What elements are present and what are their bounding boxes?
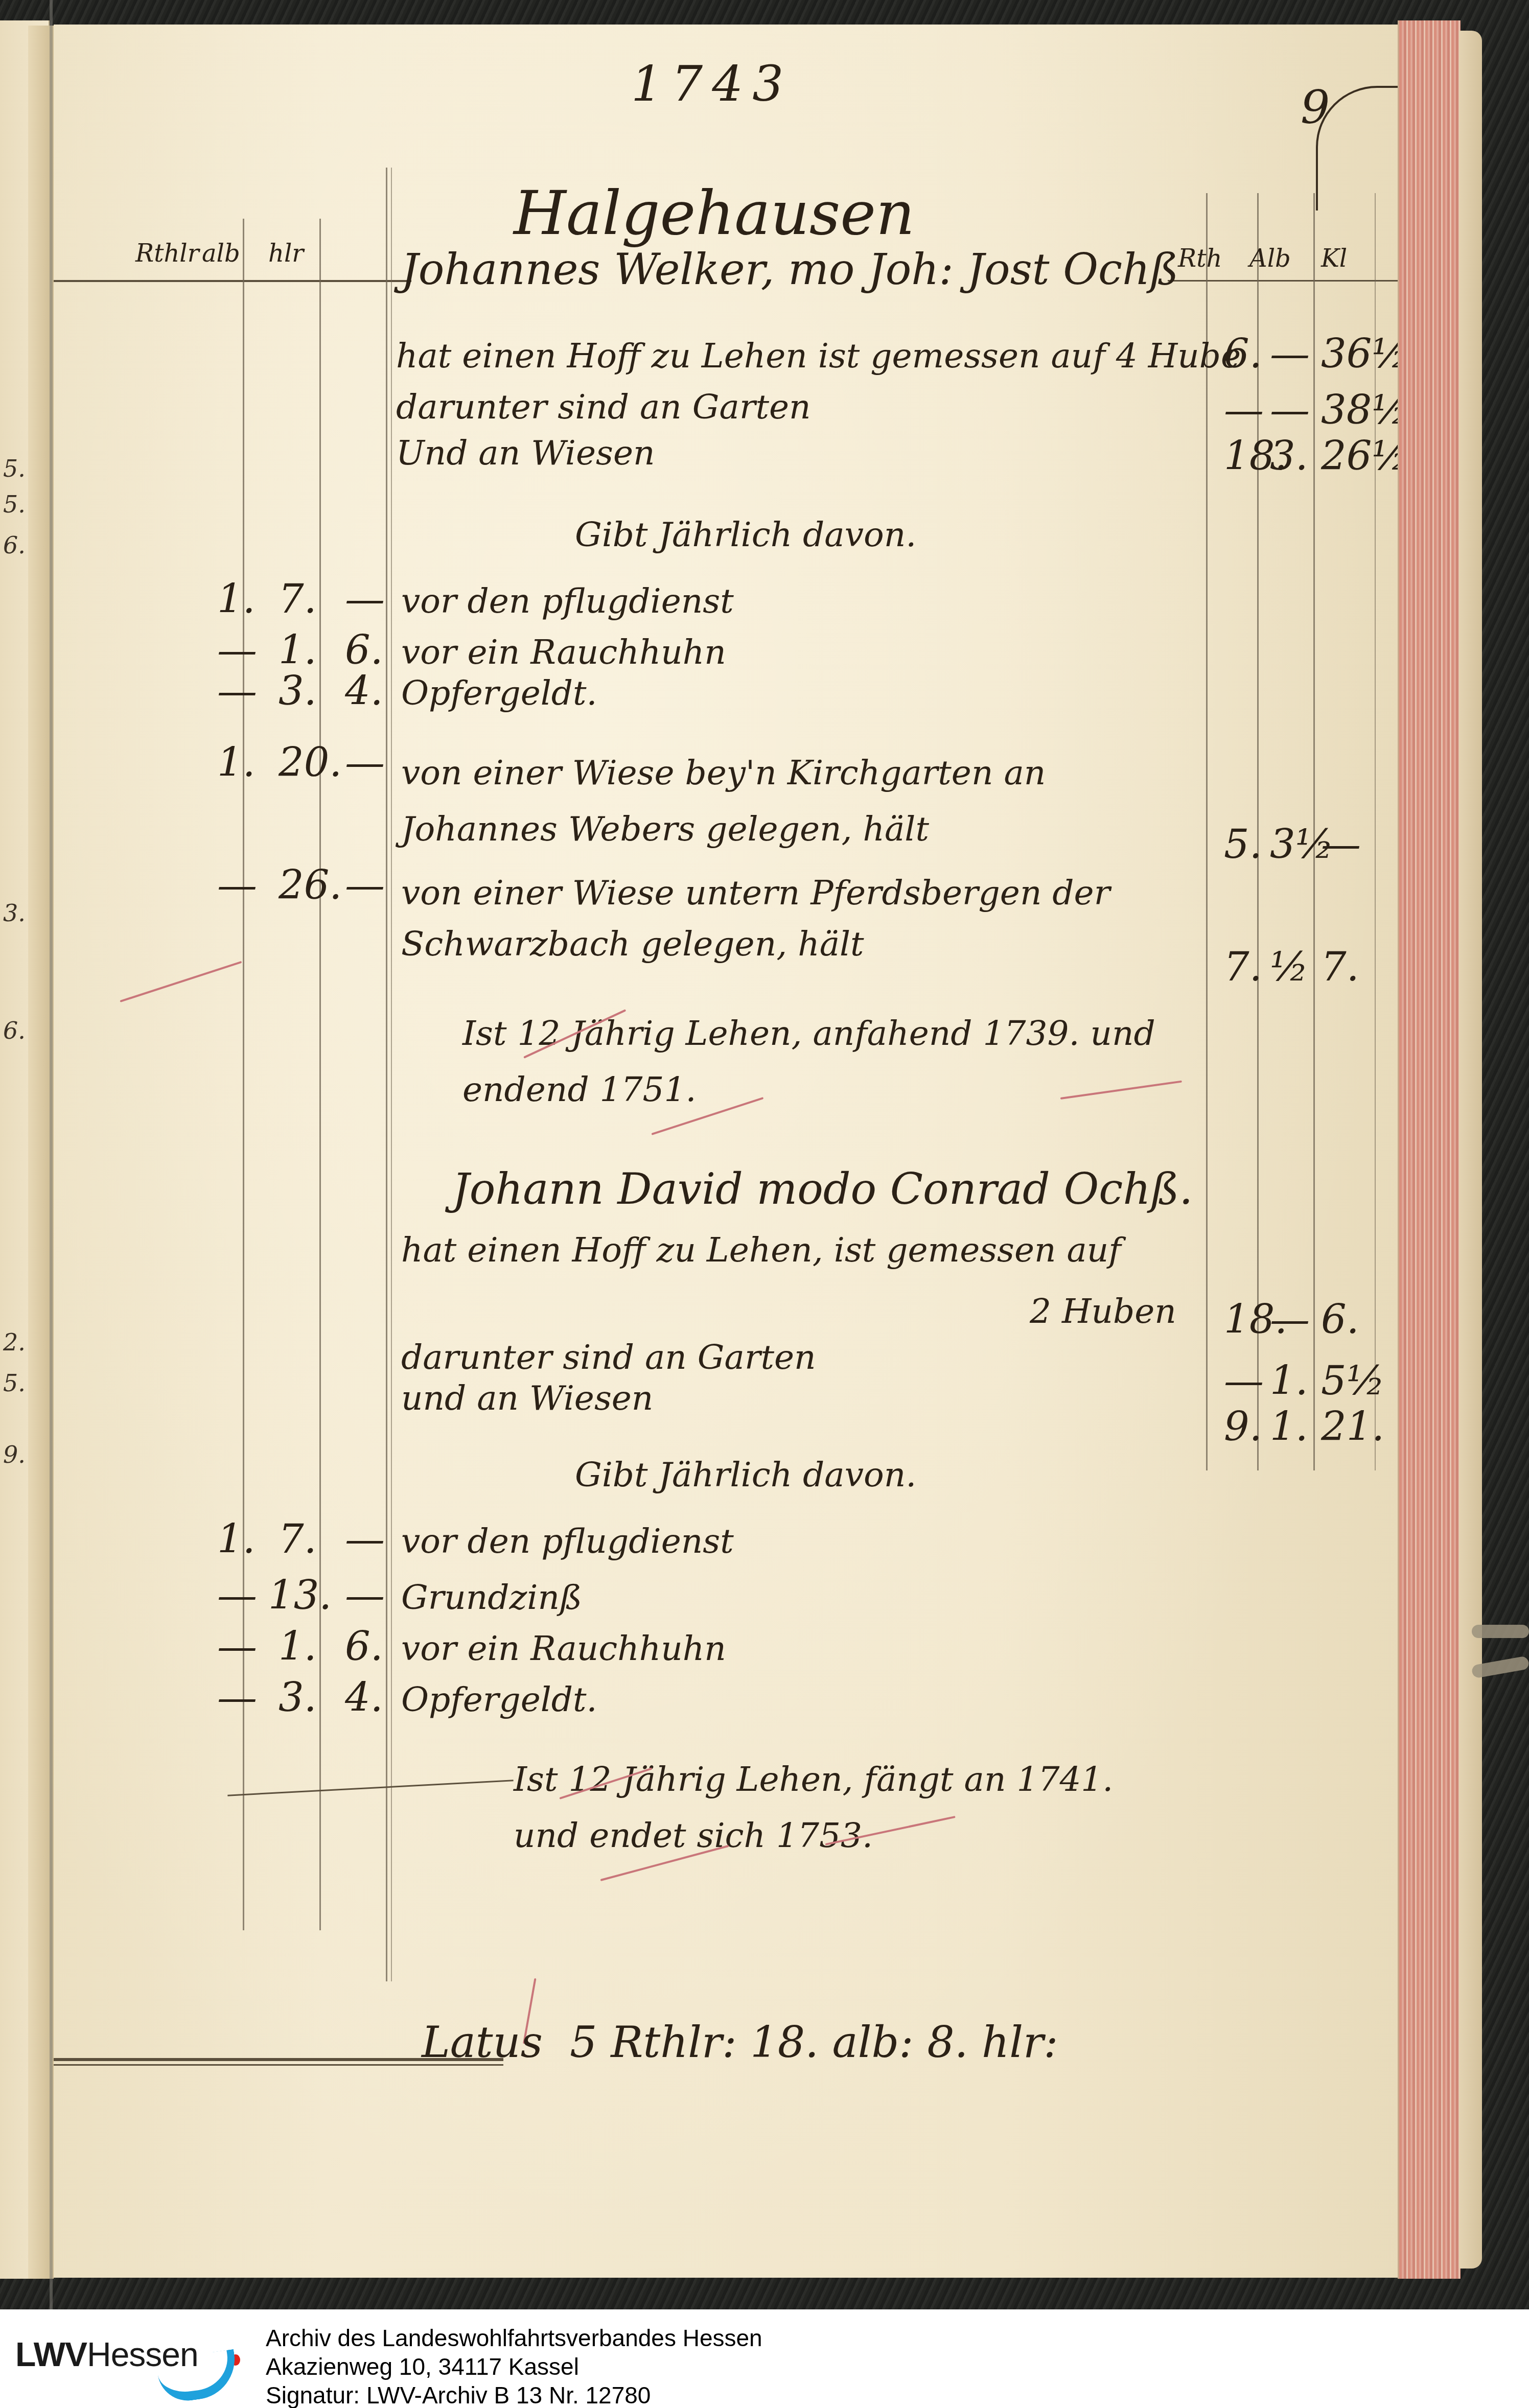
amount: 7.: [1224, 944, 1262, 990]
page-block-edge: [1459, 31, 1482, 2269]
book-tie-string: [1472, 1625, 1529, 1638]
payment-amount: 1.: [217, 576, 255, 622]
payment-amount: 6.: [345, 627, 383, 673]
archive-address: Akazienweg 10, 34117 Kassel: [266, 2352, 762, 2381]
payment-text: vor ein Rauchhuhn: [401, 1629, 726, 1668]
payment-amount: 4.: [345, 668, 383, 714]
amount: —: [1270, 331, 1310, 377]
payment-amount: 1.: [279, 1624, 316, 1670]
column-header: alb: [202, 239, 240, 268]
amount: —: [1224, 387, 1264, 433]
lease-note: Ist 12 Jährig Lehen, anfahend 1739. und …: [462, 1006, 1178, 1118]
edge-mark: 2.: [3, 1328, 26, 1356]
column-header: Rthlr: [135, 239, 199, 268]
amount: 3.: [1270, 433, 1308, 479]
gibt-heading: Gibt Jährlich davon.: [575, 1455, 916, 1494]
payment-amount: —: [345, 576, 385, 622]
payment-amount: —: [345, 1516, 385, 1562]
column-header: hlr: [268, 239, 304, 268]
column-header: Alb: [1249, 244, 1291, 273]
payment-amount: 20.: [279, 740, 342, 786]
archive-signature: Signatur: LWV-Archiv B 13 Nr. 12780: [266, 2381, 762, 2408]
entry-line: darunter sind an Garten: [401, 1338, 816, 1377]
payment-text: Opfergeldt.: [401, 1680, 597, 1719]
payment-text: Opfergeldt.: [401, 673, 597, 713]
amount: —: [1224, 1358, 1264, 1404]
amount: 5.: [1224, 822, 1262, 868]
payment-amount: —: [345, 740, 385, 786]
column-line: [1375, 193, 1376, 1470]
amount: 21.: [1321, 1404, 1384, 1450]
edge-mark: 3.: [3, 899, 26, 927]
payment-amount: 7.: [279, 576, 316, 622]
glass-plate-edge: [50, 0, 53, 2309]
payment-amount: 13.: [268, 1573, 332, 1619]
column-header: Kl: [1321, 244, 1347, 273]
column-header: Rth: [1178, 244, 1222, 273]
payment-text: Grundzinß: [401, 1578, 582, 1617]
latus-total: 5 Rthlr: 18. alb: 8. hlr:: [570, 2017, 1058, 2067]
place-heading: Halgehausen: [514, 178, 915, 248]
column-line: [319, 219, 321, 1930]
payment-text: von einer Wiese bey'n Kirchgarten an Joh…: [401, 745, 1168, 857]
amount: 1.: [1270, 1358, 1308, 1404]
payment-amount: 7.: [279, 1516, 316, 1562]
edge-mark: 5.: [3, 1369, 26, 1397]
payment-amount: 3.: [279, 1675, 316, 1721]
payment-amount: 26.: [279, 862, 342, 908]
payment-amount: —: [217, 627, 257, 673]
amount: 5½: [1321, 1358, 1385, 1404]
payment-amount: 3.: [279, 668, 316, 714]
payment-amount: 6.: [345, 1624, 383, 1670]
amount: 7.: [1321, 944, 1359, 990]
lease-note: Ist 12 Jährig Lehen, fängt an 1741. und …: [514, 1751, 1178, 1864]
amount: 9.: [1224, 1404, 1262, 1450]
amount: 26½: [1321, 433, 1410, 479]
edge-mark: 6.: [3, 1017, 26, 1044]
payment-amount: —: [217, 668, 257, 714]
entry-line: hat einen Hoff zu Lehen ist gemessen auf…: [396, 336, 1241, 376]
amount: ½: [1270, 944, 1309, 990]
year-heading: 1743: [631, 55, 793, 112]
payment-text: vor den pflugdienst: [401, 581, 734, 621]
edge-mark: 5.: [3, 455, 26, 482]
amount: —: [1270, 1297, 1310, 1343]
ledger-stroke: [227, 1780, 513, 1796]
archive-footer: LWVHessen Archiv des Landeswohlfahrtsver…: [0, 2309, 1529, 2408]
payment-text: von einer Wiese untern Pferdsbergen der …: [401, 868, 1168, 970]
entry-name: Johannes Welker, mo Joh: Jost Ochß: [401, 244, 1178, 294]
amount: 1.: [1270, 1404, 1308, 1450]
edge-mark: 9.: [3, 1441, 26, 1468]
header-rule-left: [54, 280, 411, 282]
red-pencil-mark: [120, 961, 242, 1002]
amount: 36½: [1321, 331, 1410, 377]
entry-line: darunter sind an Garten: [396, 387, 811, 427]
header-rule-right: [1168, 280, 1433, 282]
latus-label: Latus: [422, 2017, 543, 2067]
entry-line: hat einen Hoff zu Lehen, ist gemessen au…: [401, 1230, 1121, 1270]
edge-mark: 6.: [3, 531, 26, 559]
payment-amount: —: [217, 862, 257, 908]
payment-amount: —: [345, 862, 385, 908]
ledger-page: 1743 9 Rthlr alb hlr Halgehausen Rth Alb…: [54, 25, 1403, 2278]
amount: 38½: [1321, 387, 1410, 433]
payment-amount: —: [217, 1573, 257, 1619]
amount: —: [1270, 387, 1310, 433]
archive-info: Archiv des Landeswohlfahrtsverbandes Hes…: [266, 2324, 762, 2408]
amount: 6.: [1224, 331, 1262, 377]
column-line: [243, 219, 244, 1930]
entry-line: und an Wiesen: [401, 1378, 653, 1418]
folio-number: 9: [1301, 81, 1330, 134]
amount: —: [1321, 822, 1361, 868]
payment-text: vor ein Rauchhuhn: [401, 633, 726, 672]
payment-amount: 1.: [279, 627, 316, 673]
amount: 6.: [1321, 1297, 1359, 1343]
red-page-edges: [1398, 20, 1461, 2279]
gibt-heading: Gibt Jährlich davon.: [575, 515, 916, 554]
payment-amount: —: [345, 1573, 385, 1619]
payment-amount: 1.: [217, 740, 255, 786]
manuscript-scan: 5. 5. 6. 3. 6. 2. 5. 9. 1743 9 Rthlr alb…: [0, 0, 1529, 2309]
payment-amount: —: [217, 1675, 257, 1721]
archive-name: Archiv des Landeswohlfahrtsverbandes Hes…: [266, 2324, 762, 2352]
payment-amount: —: [217, 1624, 257, 1670]
payment-text: vor den pflugdienst: [401, 1522, 734, 1561]
payment-amount: 1.: [217, 1516, 255, 1562]
entry-line: 2 Huben: [1030, 1292, 1176, 1331]
entry-name: Johann David modo Conrad Ochß.: [452, 1164, 1193, 1214]
entry-line: Und an Wiesen: [396, 433, 655, 473]
column-line: [391, 168, 392, 1981]
edge-mark: 5.: [3, 490, 26, 518]
column-line: [386, 168, 387, 1981]
payment-amount: 4.: [345, 1675, 383, 1721]
column-line: [1206, 193, 1208, 1470]
